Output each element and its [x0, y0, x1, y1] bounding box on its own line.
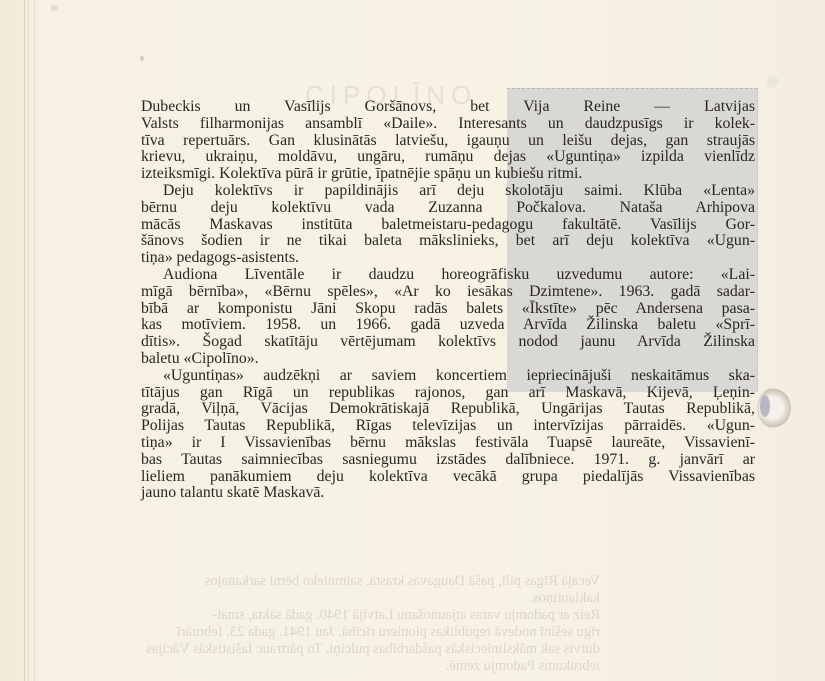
- paper-speck: [50, 5, 58, 11]
- text-line: tīva repertuārs. Gan klusinātās latviešu…: [141, 133, 755, 150]
- bleed-line: Vecajā Rīgas pilī, pašā Daugavas krastā,…: [300, 573, 600, 590]
- bleed-line: Reiz ar padomju varas atjaunošanu Latvij…: [300, 607, 600, 624]
- paragraph-3: Audiona Līventāle ir daudzu horeogrāfisk…: [141, 267, 755, 368]
- punch-hole-shadow: [760, 395, 770, 417]
- text-line: šānovs šodien ir ne tikai baleta mākslin…: [141, 233, 755, 250]
- text-line: izteiksmīgi. Kolektīva pūrā ir grūtie, ī…: [141, 166, 755, 183]
- bleed-line: iebrukums Padomju zemē.: [300, 658, 600, 675]
- text-line: dītis». Šogad skatītāju vērtējumam kolek…: [141, 334, 755, 351]
- text-line: baletu «Cipolīno».: [141, 351, 755, 368]
- text-line: gradā, Viļņā, Vācijas Demokrātiskajā Rep…: [141, 401, 755, 418]
- text-line: Valsts filharmonijas ansamblī «Daile». I…: [141, 116, 755, 133]
- text-line: bībā ar komponistu Jāni Skopu radās bale…: [141, 301, 755, 318]
- corner-tear-mark: [765, 76, 781, 88]
- bleed-through-text: Vecajā Rīgas pilī, pašā Daugavas krastā,…: [300, 573, 600, 675]
- text-line: «Uguntiņas» audzēkņi ar saviem koncertie…: [141, 368, 755, 385]
- text-line: Audiona Līventāle ir daudzu horeogrāfisk…: [141, 267, 755, 284]
- text-line: bas Tautas saimniecības sasniegumu izstā…: [141, 452, 755, 469]
- text-line: Polijas Tautas Republikā, Rīgas televīzi…: [141, 418, 755, 435]
- paragraph-4: «Uguntiņas» audzēkņi ar saviem koncertie…: [141, 368, 755, 502]
- text-line: lieliem panākumiem deju kolektīva vecākā…: [141, 469, 755, 486]
- binding-edge: [24, 0, 29, 681]
- text-line: jauno talantu skatē Maskavā.: [141, 485, 755, 502]
- text-line: bērnu deju kolektīvu vada Zuzanna Počkal…: [141, 200, 755, 217]
- text-line: tiņa» pedagogs-asistents.: [141, 250, 755, 267]
- bleed-line: durvis sak mākslinieciskās pašdarbības p…: [300, 641, 600, 658]
- text-line: tiņa» ir I Vissavienības bērnu mākslas f…: [141, 435, 755, 452]
- bleed-line: kaklautiņos.: [300, 590, 600, 607]
- text-line: kas motīviem. 1958. un 1966. gadā uzveda…: [141, 317, 755, 334]
- text-line: Deju kolektīvs ir papildinājis arī deju …: [141, 183, 755, 200]
- paragraph-1: Dubeckis un Vasīlijs Goršānovs, bet Vija…: [141, 99, 755, 183]
- paragraph-2: Deju kolektīvs ir papildinājis arī deju …: [141, 183, 755, 267]
- bleed-line: rīgu sešinī nodevā republikas pionieru r…: [300, 624, 600, 641]
- binding-edge-line: [34, 0, 35, 681]
- text-line: mīgā bērnība», «Bērnu spēles», «Ar ko ie…: [141, 284, 755, 301]
- text-line: tītājus gan Rīgā un republikas rajonos, …: [141, 385, 755, 402]
- text-line: krievu, ukraiņu, moldāvu, ungāru, rumāņu…: [141, 149, 755, 166]
- article-body: Dubeckis un Vasīlijs Goršānovs, bet Vija…: [141, 99, 755, 502]
- text-line: mācās Maskavas institūta baletmeistaru-p…: [141, 217, 755, 234]
- paper-speck: [140, 56, 144, 61]
- text-line: Dubeckis un Vasīlijs Goršānovs, bet Vija…: [141, 99, 755, 116]
- scanned-page: CIPOLĪNO Dubeckis un Vasīlijs Goršānovs,…: [0, 0, 825, 681]
